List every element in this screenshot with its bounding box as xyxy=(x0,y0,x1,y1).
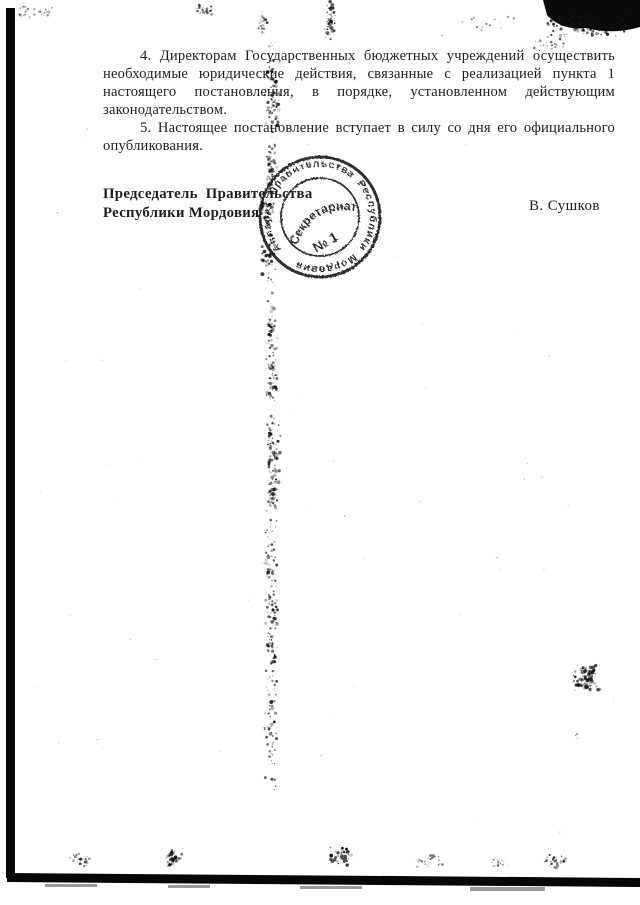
signature-name: В. Сушков xyxy=(529,198,600,215)
left-scan-border xyxy=(6,8,15,878)
scan-echo-mark xyxy=(470,887,545,891)
text-line: 4. Директорам Государственных бюджетных … xyxy=(103,47,615,65)
scanned-document-page: 4. Директорам Государственных бюджетных … xyxy=(0,0,640,905)
scan-echo-mark xyxy=(168,885,210,888)
stamp-number-text: № 1 xyxy=(310,229,341,255)
scan-echo-mark xyxy=(45,884,97,887)
top-right-ink-blob xyxy=(558,0,640,20)
scan-echo-mark xyxy=(300,886,362,889)
official-stamp: Аппарат Правительства Республики Мордови… xyxy=(235,132,405,302)
text-line: настоящего постановления, в порядке, уст… xyxy=(103,83,615,101)
text-line: необходимые юридические действия, связан… xyxy=(103,65,615,83)
text-line: законодательством. xyxy=(103,101,615,119)
bottom-scan-border xyxy=(7,873,640,887)
top-right-ink-blob xyxy=(543,0,640,31)
